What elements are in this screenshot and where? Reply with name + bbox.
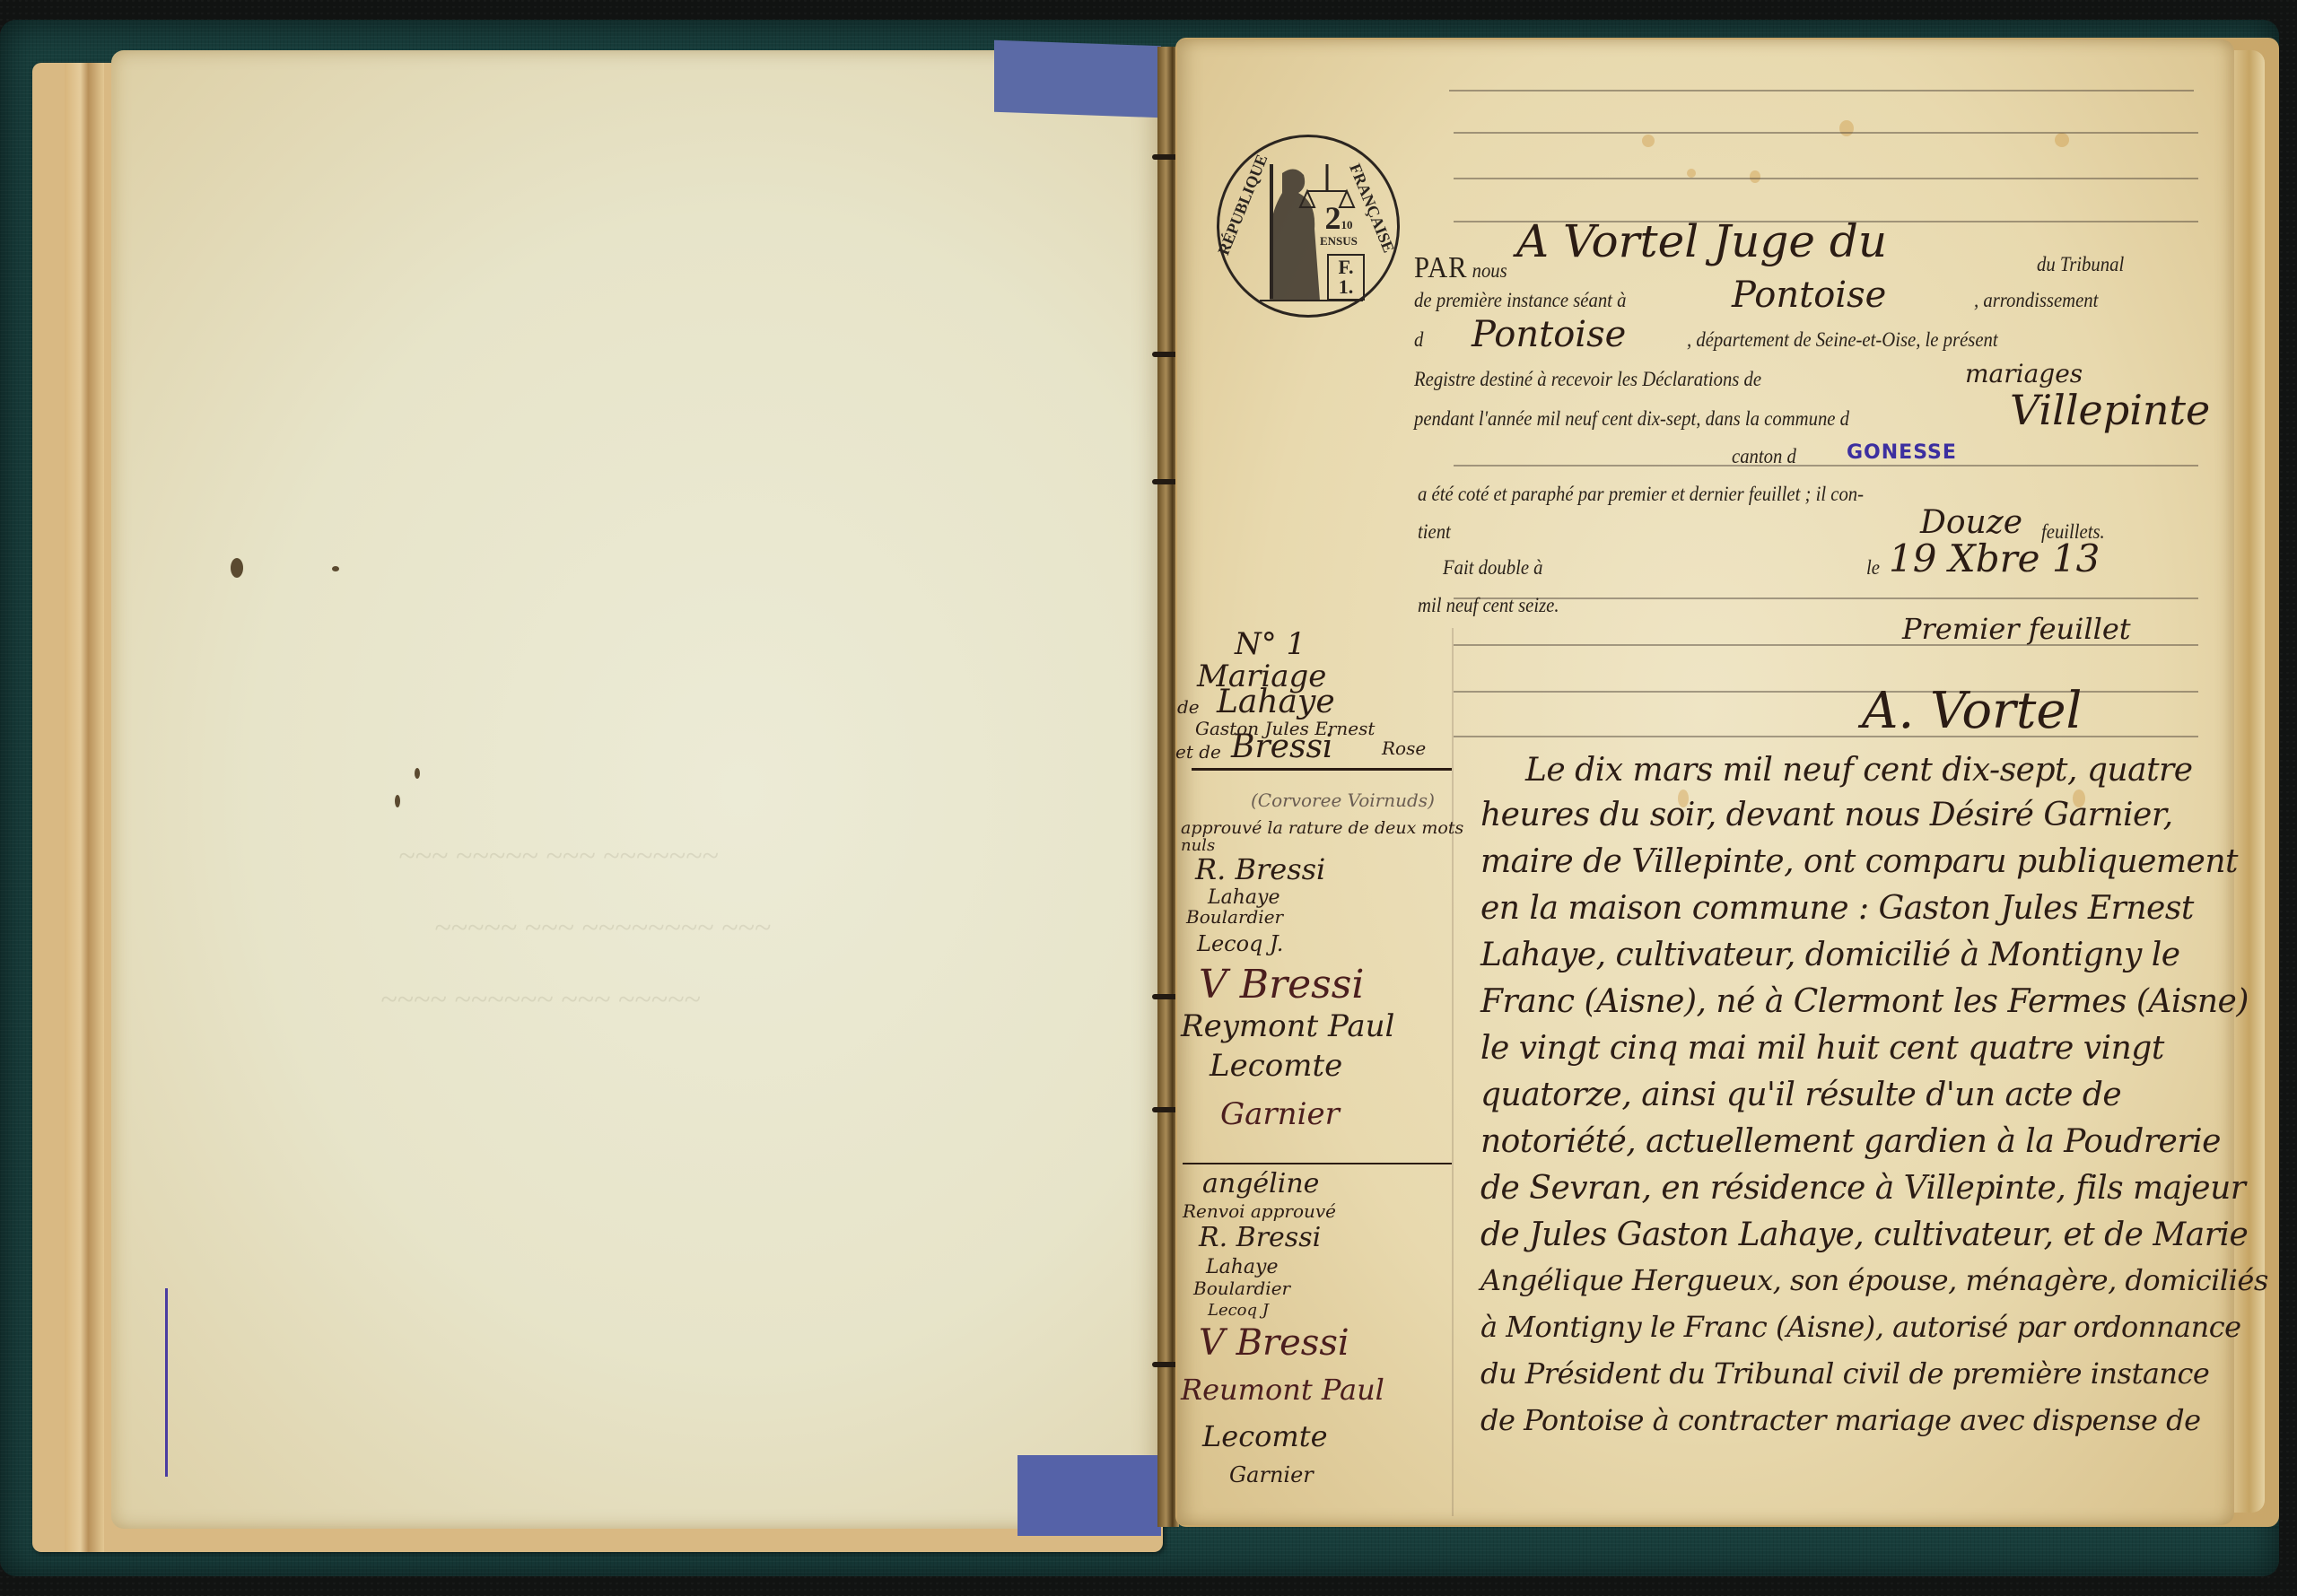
ruled-line: [1454, 736, 2198, 737]
approval-note-1: approuvé la rature de deux mots: [1181, 818, 1463, 838]
signature: Lecomte: [1210, 1048, 1342, 1084]
act-body-line: de Jules Gaston Lahaye, cultivateur, et …: [1480, 1217, 2248, 1253]
preamble-line-7: a été coté et paraphé par premier et der…: [1418, 483, 1864, 506]
signature: Garnier: [1229, 1462, 1314, 1487]
ruled-line: [1454, 597, 2198, 599]
preamble-le: le: [1866, 556, 1880, 580]
preamble-line-6: canton d: [1732, 445, 1796, 468]
ruled-line: [1454, 465, 2198, 467]
signature: Reymont Paul: [1181, 1008, 1394, 1044]
act-body-line: le vingt cinq mai mil huit cent quatre v…: [1480, 1030, 2164, 1067]
signature: R. Bressi: [1195, 852, 1325, 886]
ink-speck: [415, 768, 420, 779]
signature: Boulardier: [1193, 1278, 1290, 1299]
preamble-departement: , département de Seine-et-Oise, le prése…: [1687, 328, 1998, 352]
preamble-line-8: tient: [1418, 520, 1451, 544]
preamble-arrondissement: , arrondissement: [1974, 289, 2098, 312]
ruled-line: [1454, 178, 2198, 179]
blue-tab-top: [994, 40, 1161, 118]
signature: Reumont Paul: [1181, 1373, 1384, 1407]
signature: V Bressi: [1199, 1322, 1349, 1364]
act-body-line: du Président du Tribunal civil de premiè…: [1480, 1356, 2209, 1391]
arrondissement-handwritten: Pontoise: [1472, 314, 1626, 355]
act-number: N° 1: [1235, 626, 1306, 662]
act-body-line: de Sevran, en résidence à Villepinte, fi…: [1480, 1170, 2245, 1207]
premier-feuillet-note: Premier feuillet: [1902, 612, 2131, 646]
preamble-nous: nous: [1472, 259, 1507, 282]
foxing-spot: [1750, 170, 1760, 183]
seal-franc-box: F. 1.: [1327, 254, 1365, 301]
page-edges: [65, 63, 104, 1552]
act-body-line: maire de Villepinte, ont comparu publiqu…: [1480, 843, 2238, 880]
preamble-line-2: de première instance séant à: [1414, 289, 1626, 312]
act-body-line: notoriété, actuellement gardien à la Pou…: [1480, 1123, 2221, 1160]
bride-given-name: Rose: [1382, 737, 1426, 759]
judge-signature: A. Vortel: [1862, 682, 2082, 740]
act-body-line: Franc (Aisne), né à Clermont les Fermes …: [1480, 983, 2249, 1020]
act-body-line: Le dix mars mil neuf cent dix-sept, quat…: [1525, 752, 2193, 789]
canton-stamp: GONESSE: [1847, 441, 1957, 464]
show-through-text: ~~~~ ~~~~~~ ~~~ ~~~~~: [380, 983, 701, 1017]
preamble-line-3: d: [1414, 328, 1423, 352]
judge-name-handwritten: A Vortel Juge du: [1516, 215, 1887, 267]
act-body-line: quatorze, ainsi qu'il résulte d'un acte …: [1480, 1077, 2121, 1113]
act-body-line: Angélique Hergueux, son épouse, ménagère…: [1480, 1263, 2268, 1297]
date-handwritten: 19 Xbre 13: [1889, 536, 2100, 580]
sheet-count-handwritten: Douze: [1920, 504, 2022, 541]
preamble-line-10: mil neuf cent seize.: [1418, 594, 1559, 617]
preamble-tribunal: du Tribunal: [2037, 253, 2124, 276]
blue-tab-bottom: [1017, 1455, 1161, 1536]
foxing-spot: [1687, 169, 1696, 178]
declaration-type-handwritten: mariages: [1965, 359, 2083, 388]
seal-value: 210 ENSUS: [1320, 202, 1358, 249]
signature: Lahaye: [1206, 1256, 1278, 1278]
act-et-de: et de: [1175, 741, 1221, 763]
preamble-line-5: pendant l'année mil neuf cent dix-sept, …: [1414, 407, 1849, 431]
seal-value-fraction: 10: [1341, 218, 1352, 231]
approval-note-2: Renvoi approuvé: [1183, 1200, 1336, 1222]
act-body-line: Lahaye, cultivateur, domicilié à Montign…: [1480, 937, 2180, 973]
act-body-line: à Montigny le Franc (Aisne), autorisé pa…: [1480, 1310, 2241, 1344]
foxing-spot: [1839, 120, 1854, 136]
tribunal-seat-handwritten: Pontoise: [1732, 275, 1886, 316]
seal-value-number: 2: [1324, 200, 1341, 236]
foxing-spot: [1642, 135, 1655, 147]
bracket-note: (Corvoree Voirnuds): [1251, 789, 1435, 811]
preamble-line-4: Registre destiné à recevoir les Déclarat…: [1414, 368, 1761, 391]
ink-speck: [395, 795, 400, 807]
margin-rule: [1452, 628, 1454, 1516]
act-body-line: heures du soir, devant nous Désiré Garni…: [1480, 797, 2173, 833]
signature: Boulardier: [1186, 906, 1283, 928]
preamble-line-1: PAR nous: [1414, 251, 1507, 285]
ink-speck: [332, 566, 339, 571]
preamble-line-9: Fait double à: [1443, 556, 1543, 580]
inserted-word: angéline: [1202, 1168, 1319, 1199]
margin-divider: [1192, 768, 1452, 771]
groom-surname: Lahaye: [1217, 684, 1335, 720]
bride-surname: Bressi: [1231, 728, 1332, 765]
show-through-text: ~~~ ~~~~~ ~~~ ~~~~~~~: [398, 840, 719, 874]
left-page-blank: ~~~ ~~~~~ ~~~ ~~~~~~~ ~~~~~ ~~~ ~~~~~~~~…: [111, 50, 1161, 1529]
seal-value-ensus: ENSUS: [1320, 234, 1358, 248]
revenue-stamp-seal: RÉPUBLIQUE FRANÇAISE 210 ENSUS F. 1.: [1217, 135, 1400, 318]
ruled-line: [1449, 90, 2194, 92]
show-through-text: ~~~~~ ~~~ ~~~~~~~~ ~~~: [434, 911, 771, 946]
ruled-line: [1454, 691, 2198, 693]
signature: Lecoq J: [1208, 1301, 1269, 1320]
seal-f-value: 1.: [1339, 275, 1354, 298]
act-body-line: en la maison commune : Gaston Jules Erne…: [1480, 890, 2194, 927]
signature: Garnier: [1220, 1096, 1340, 1132]
margin-divider: [1183, 1163, 1452, 1164]
commune-handwritten: Villepinte: [2010, 386, 2210, 434]
ink-speck: [231, 558, 243, 578]
foxing-spot: [2055, 133, 2069, 147]
signature: R. Bressi: [1199, 1222, 1321, 1253]
signature: V Bressi: [1199, 962, 1364, 1007]
act-de: de: [1177, 696, 1200, 718]
blue-pencil-mark: [165, 1288, 168, 1477]
signature: Lecomte: [1202, 1419, 1328, 1453]
ruled-line: [1454, 132, 2198, 134]
act-body-line: de Pontoise à contracter mariage avec di…: [1480, 1403, 2201, 1437]
preamble-par: PAR: [1414, 251, 1467, 284]
signature: Lecoq J.: [1197, 931, 1283, 956]
